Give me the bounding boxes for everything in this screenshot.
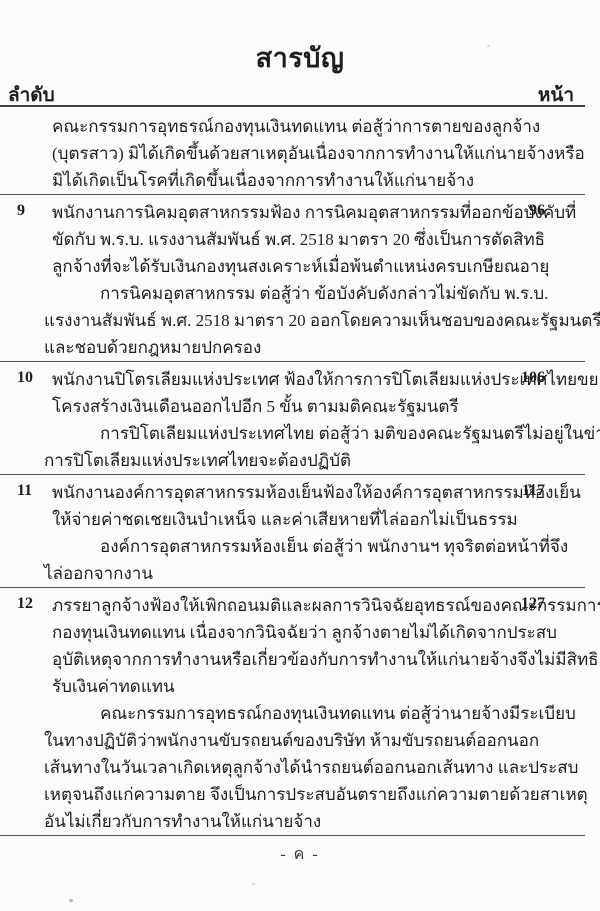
text-line: คณะกรรมการอุทธรณ์กองทุนเงินทดแทน ต่อสู้ว… (52, 113, 505, 140)
toc-entry: 9 พนักงานการนิคมอุตสาหกรรมฟ้อง การนิคมอุ… (0, 195, 585, 362)
claim-paragraph: ภรรยาลูกจ้างฟ้องให้เพิกถอนมติและผลการวิน… (52, 592, 505, 700)
text-line: เส้นทางในวันเวลาเกิดเหตุลูกจ้างได้นำรถยน… (44, 754, 505, 781)
toc-entry: 11 พนักงานองค์การอุตสาหกรรมห้องเย็นฟ้องใ… (0, 475, 585, 588)
text-line: ลูกจ้างที่จะได้รับเงินกองทุนสงเคราะห์เมื… (52, 253, 505, 280)
text-line: พนักงานองค์การอุตสาหกรรมห้องเย็นฟ้องให้อ… (52, 479, 505, 506)
text-line: อันไม่เกี่ยวกับการทำงานให้แก่นายจ้าง (44, 808, 505, 835)
text-line: กองทุนเงินทดแทน เนื่องจากวินิจฉัยว่า ลูก… (52, 619, 505, 646)
defense-paragraph: การนิคมอุตสาหกรรม ต่อสู้ว่า ข้อบังคับดัง… (52, 280, 505, 361)
entry-text: พนักงานองค์การอุตสาหกรรมห้องเย็นฟ้องให้อ… (52, 479, 505, 587)
claim-paragraph: พนักงานปิโตรเลียมแห่งประเทศ ฟ้องให้การกา… (52, 366, 505, 420)
entry-page-number: 127 (521, 595, 545, 613)
toc-entry: คณะกรรมการอุทธรณ์กองทุนเงินทดแทน ต่อสู้ว… (0, 109, 585, 195)
scan-speck (252, 883, 255, 885)
entry-number: 12 (17, 595, 33, 613)
text-line: พนักงานการนิคมอุตสาหกรรมฟ้อง การนิคมอุตส… (52, 199, 505, 226)
text-line: รับเงินค่าทดแทน (52, 673, 505, 700)
entry-page-number: 106 (521, 369, 545, 387)
text-line: และชอบด้วยกฎหมายปกครอง (44, 334, 505, 361)
defense-paragraph: คณะกรรมการอุทธรณ์กองทุนเงินทดแทน ต่อสู้ว… (52, 700, 505, 835)
text-line: การปิโตเลียมแห่งประเทศไทย ต่อสู้ว่า มติข… (52, 420, 505, 447)
claim-paragraph: คณะกรรมการอุทธรณ์กองทุนเงินทดแทน ต่อสู้ว… (52, 113, 505, 194)
scanned-document-page: สารบัญ ลำดับ หน้า คณะกรรมการอุทธรณ์กองทุ… (0, 0, 600, 911)
text-line: แรงงานสัมพันธ์ พ.ศ. 2518 มาตรา 20 ออกโดย… (44, 307, 505, 334)
text-line: โครงสร้างเงินเดือนออกไปอีก 5 ขั้น ตามมติ… (52, 393, 505, 420)
header-rule (0, 105, 585, 107)
text-line: ในทางปฏิบัติว่าพนักงานขับรถยนต์ของบริษัท… (44, 727, 505, 754)
defense-paragraph: องค์การอุตสาหกรรมห้องเย็น ต่อสู้ว่า พนัก… (52, 533, 505, 587)
entry-text: พนักงานปิโตรเลียมแห่งประเทศ ฟ้องให้การกา… (52, 366, 505, 474)
text-line: ขัดกับ พ.ร.บ. แรงงานสัมพันธ์ พ.ศ. 2518 ม… (52, 226, 505, 253)
text-line: ให้จ่ายค่าชดเชยเงินบำเหน็จ และค่าเสียหาย… (52, 506, 505, 533)
toc-entry-list: คณะกรรมการอุทธรณ์กองทุนเงินทดแทน ต่อสู้ว… (0, 109, 600, 836)
text-line: เหตุจนถึงแก่ความตาย จึงเป็นการประสบอันตร… (44, 781, 505, 808)
text-line: คณะกรรมการอุทธรณ์กองทุนเงินทดแทน ต่อสู้ว… (52, 700, 505, 727)
page-number-footer: - ค - (0, 842, 600, 867)
text-line: อุบัติเหตุจากการทำงานหรือเกี่ยวข้องกับกา… (52, 646, 505, 673)
entry-text: ภรรยาลูกจ้างฟ้องให้เพิกถอนมติและผลการวิน… (52, 592, 505, 835)
claim-paragraph: พนักงานการนิคมอุตสาหกรรมฟ้อง การนิคมอุตส… (52, 199, 505, 280)
entry-page-number: 96 (529, 202, 545, 220)
toc-entry: 12 ภรรยาลูกจ้างฟ้องให้เพิกถอนมติและผลการ… (0, 588, 585, 836)
text-line: องค์การอุตสาหกรรมห้องเย็น ต่อสู้ว่า พนัก… (52, 533, 505, 560)
entry-number: 9 (17, 202, 25, 220)
text-line: การนิคมอุตสาหกรรม ต่อสู้ว่า ข้อบังคับดัง… (52, 280, 505, 307)
entry-text: พนักงานการนิคมอุตสาหกรรมฟ้อง การนิคมอุตส… (52, 199, 505, 361)
defense-paragraph: การปิโตเลียมแห่งประเทศไทย ต่อสู้ว่า มติข… (52, 420, 505, 474)
text-line: ภรรยาลูกจ้างฟ้องให้เพิกถอนมติและผลการวิน… (52, 592, 505, 619)
toc-entry: 10 พนักงานปิโตรเลียมแห่งประเทศ ฟ้องให้กา… (0, 362, 585, 475)
text-line: พนักงานปิโตรเลียมแห่งประเทศ ฟ้องให้การกา… (52, 366, 505, 393)
text-line: ไล่ออกจากงาน (44, 560, 505, 587)
entry-text: คณะกรรมการอุทธรณ์กองทุนเงินทดแทน ต่อสู้ว… (52, 113, 505, 194)
scan-speck (487, 45, 490, 47)
page-title: สารบัญ (0, 36, 600, 79)
entry-page-number: 117 (522, 482, 545, 500)
entry-number: 11 (17, 482, 32, 500)
scan-speck (69, 899, 73, 902)
entry-number: 10 (17, 369, 33, 387)
text-line: การปิโตเลียมแห่งประเทศไทยจะต้องปฏิบัติ (44, 447, 505, 474)
claim-paragraph: พนักงานองค์การอุตสาหกรรมห้องเย็นฟ้องให้อ… (52, 479, 505, 533)
text-line: มิได้เกิดเป็นโรคที่เกิดขึ้นเนื่องจากการท… (52, 167, 505, 194)
text-line: (บุตรสาว) มิได้เกิดขึ้นด้วยสาเหตุอันเนื่… (52, 140, 505, 167)
